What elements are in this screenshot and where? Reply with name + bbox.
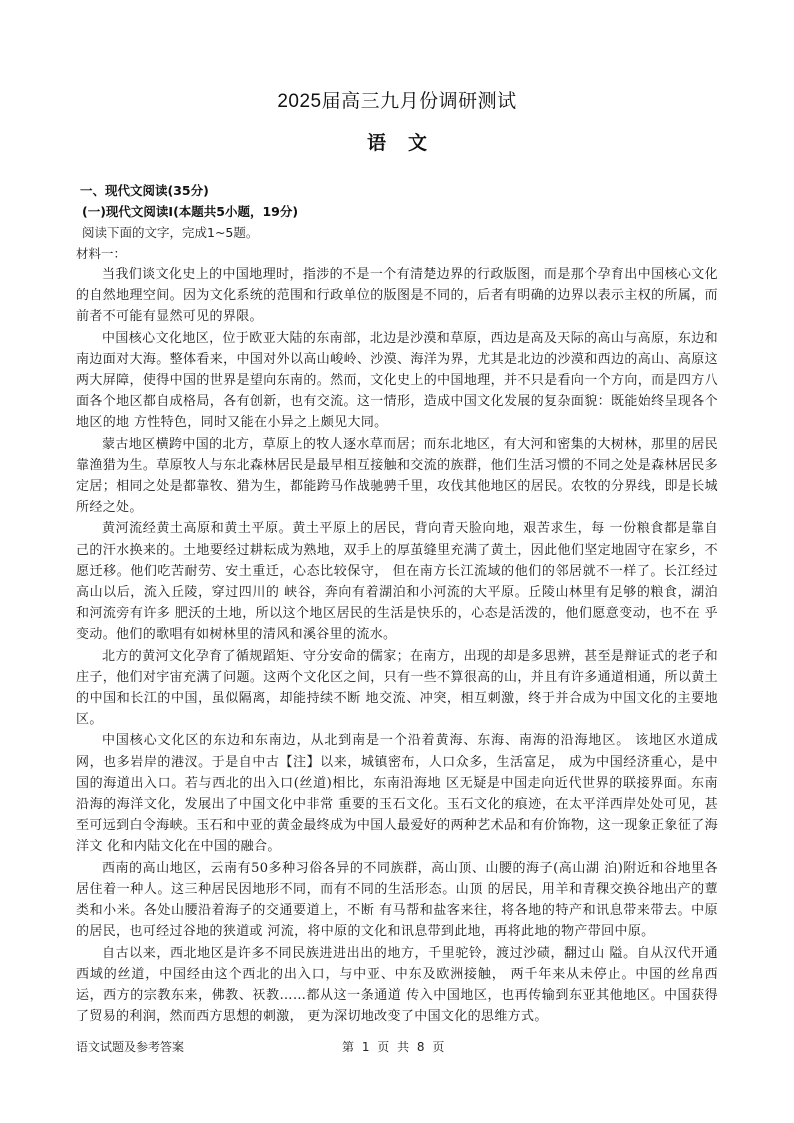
page-number: 第 1 页 共 8 页 bbox=[342, 1038, 446, 1055]
paragraph: 自古以来，西北地区是许多不同民族进进出出的地方，千里驼铃，渡过沙碛，翻过山 隘。… bbox=[76, 943, 718, 1028]
exam-title: 2025届高三九月份调研测试 bbox=[0, 86, 794, 113]
document-body: 一、现代文阅读(35分) (一)现代文阅读Ⅰ(本题共5小题，19分) 阅读下面的… bbox=[76, 180, 718, 1027]
material-label: 材料一： bbox=[76, 243, 718, 264]
section-heading: 一、现代文阅读(35分) bbox=[80, 180, 718, 202]
document-page: 2025届高三九月份调研测试 语文 一、现代文阅读(35分) (一)现代文阅读Ⅰ… bbox=[0, 0, 794, 1123]
instruction-text: 阅读下面的文字，完成1~5题。 bbox=[82, 222, 718, 243]
subsection-heading: (一)现代文阅读Ⅰ(本题共5小题，19分) bbox=[82, 202, 718, 222]
subject-title: 语文 bbox=[0, 128, 794, 155]
paragraph: 中国核心文化地区，位于欧亚大陆的东南部，北边是沙漠和草原，西边是高及天际的高山与… bbox=[76, 328, 718, 434]
paragraph: 黄河流经黄土高原和黄土平原。黄土平原上的居民，背向青天脸向地，艰苦求生，每 一份… bbox=[76, 518, 718, 645]
paragraph: 北方的黄河文化孕育了循规蹈矩、守分安命的儒家；在南方，出现的却是多思辨，甚至是辩… bbox=[76, 646, 718, 731]
paragraph: 中国核心文化区的东边和东南边，从北到南是一个沿着黄海、东海、南海的沿海地区。 该… bbox=[76, 730, 718, 857]
paragraph: 当我们谈文化史上的中国地理时，指涉的不是一个有清楚边界的行政版图，而是那个孕育出… bbox=[76, 264, 718, 328]
paragraph: 西南的高山地区，云南有50多种习俗各异的不同族群，高山顶、山腰的海子(高山湖 泊… bbox=[76, 858, 718, 943]
paragraph: 蒙古地区横跨中国的北方，草原上的牧人逐水草而居；而东北地区，有大河和密集的大树林… bbox=[76, 434, 718, 519]
footer-document-name: 语文试题及参考答案 bbox=[76, 1038, 184, 1055]
